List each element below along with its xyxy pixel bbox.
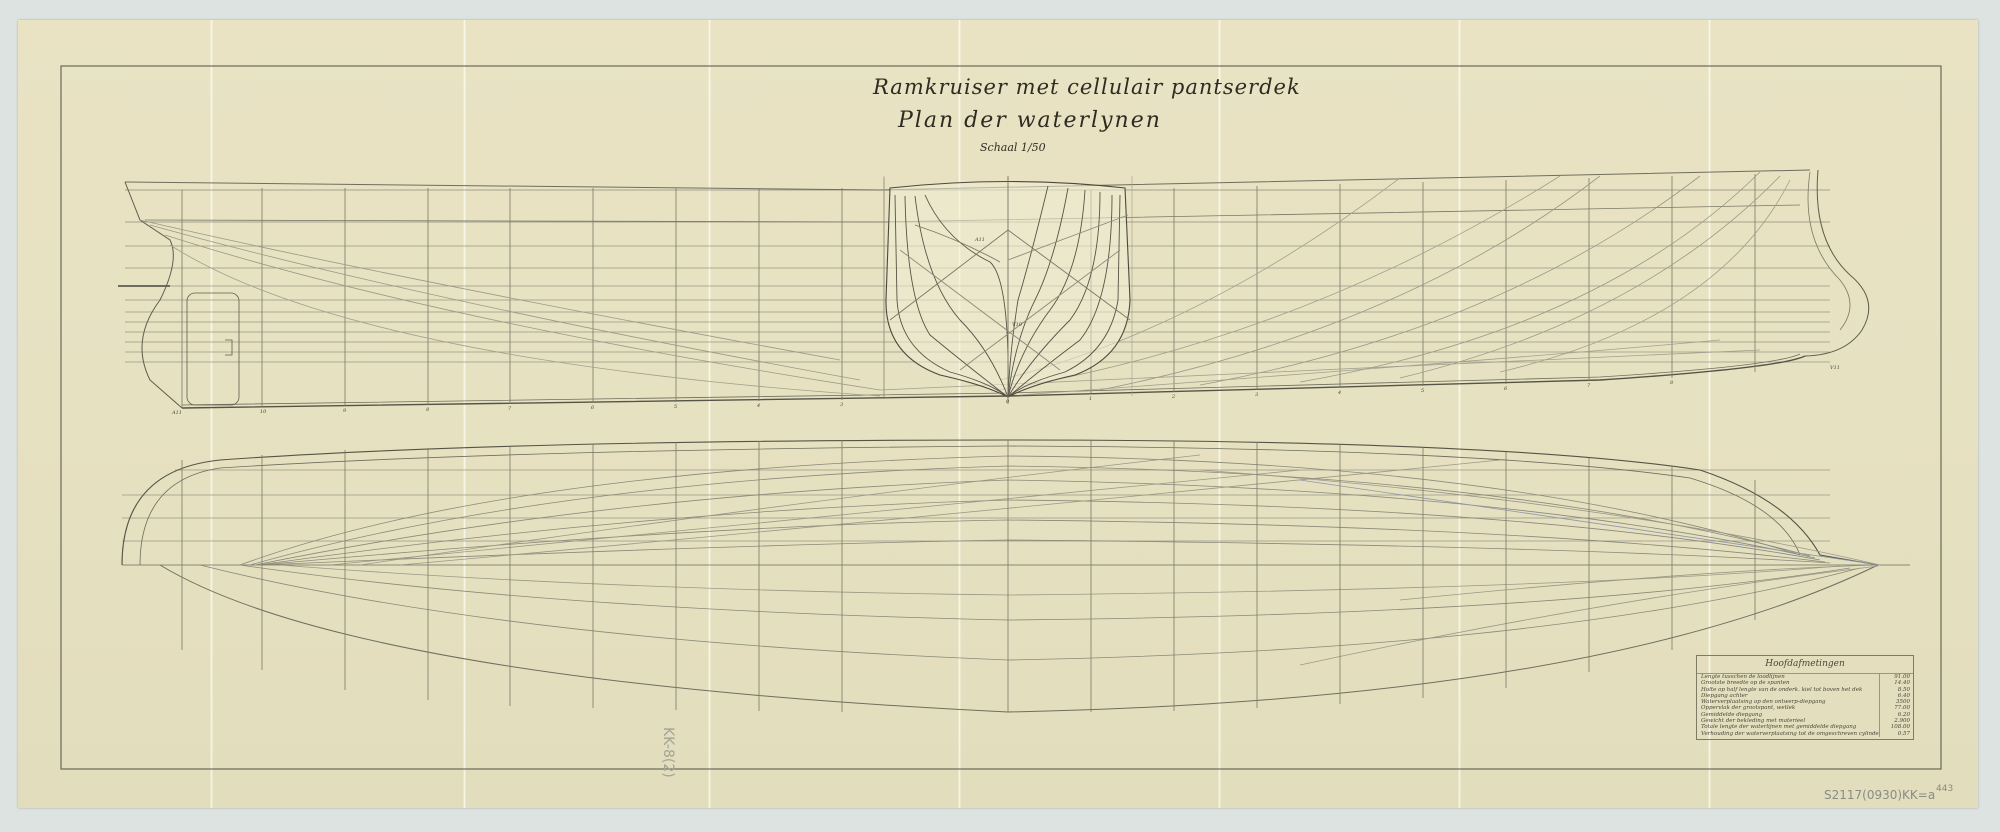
station-label: 3	[840, 402, 843, 408]
station-label: 8	[1670, 380, 1673, 386]
station-label: 2	[1172, 394, 1175, 400]
station-label: 10	[260, 409, 266, 415]
body-plan	[886, 176, 1130, 404]
table-row: Verhouding der waterverplaatsing tot de …	[1697, 731, 1913, 737]
station-label: 8	[426, 407, 429, 413]
drawing-border	[61, 66, 1941, 769]
station-label-fore-end: V11	[1830, 365, 1840, 371]
pencil-note: KK-8(2)	[660, 727, 676, 778]
station-label: 4	[1338, 390, 1341, 396]
main-dimensions-table: Hoofdafmetingen Lengte tusschen de loodl…	[1696, 655, 1914, 740]
station-label: 9	[343, 408, 346, 414]
station-label: 7	[1587, 383, 1590, 389]
station-label: 6	[591, 405, 594, 411]
row-label: Verhouding der waterverplaatsing tot de …	[1697, 731, 1879, 737]
drawing-scale: Schaal 1/50	[980, 141, 1046, 154]
station-label: 6	[1504, 386, 1507, 392]
station-label-midship: 0	[1006, 399, 1009, 405]
sheet-number: 443	[1936, 784, 1953, 794]
drawing-subtitle: Plan der waterlynen	[898, 108, 1162, 133]
station-label: 5	[1421, 388, 1424, 394]
station-label-aft-end: A11	[172, 410, 182, 416]
archive-reference-stamp: S2117(0930)KK=a	[1824, 788, 1935, 802]
row-value: 0.57	[1879, 731, 1913, 737]
image-viewer: Ramkruiser met cellulair pantserdek Plan…	[0, 0, 2000, 832]
station-label: 4	[757, 403, 760, 409]
drawing-title: Ramkruiser met cellulair pantserdek	[873, 75, 1301, 99]
body-plan-label: V10	[1012, 322, 1022, 328]
dimensions-table-header: Hoofdafmetingen	[1697, 656, 1913, 674]
body-plan-label: A11	[975, 237, 985, 243]
station-label: 3	[1255, 392, 1258, 398]
half-breadth-plan	[122, 440, 1910, 712]
station-label: 5	[674, 404, 677, 410]
station-label: 1	[1089, 396, 1092, 402]
station-label: 7	[508, 406, 511, 412]
